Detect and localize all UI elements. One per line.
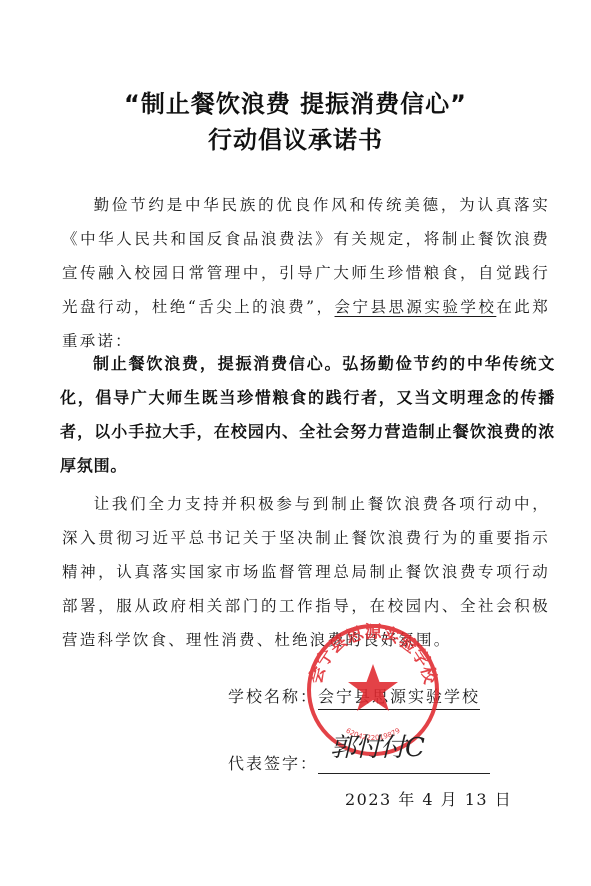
school-name-label: 学校名称： xyxy=(228,687,318,706)
representative-label: 代表签字： xyxy=(228,754,318,773)
document-title-line2: 行动倡议承诺书 xyxy=(0,120,591,155)
paragraph-pledge: 制止餐饮浪费，提振消费信心。弘扬勤俭节约的中华传统文化，倡导广大师生既当珍惜粮食… xyxy=(60,347,555,483)
paragraph-action: 让我们全力支持并积极参与到制止餐饮浪费各项行动中，深入贯彻习近平总书记关于坚决制… xyxy=(62,487,550,657)
school-name-underlined: 会宁县思源实验学校 xyxy=(335,298,497,316)
representative-signature-row: 代表签字： xyxy=(228,751,490,774)
school-name-row: 学校名称：会宁县思源实验学校 xyxy=(228,684,480,710)
document-title-line1: “制止餐饮浪费 提振消费信心” xyxy=(0,84,591,119)
signature-line xyxy=(318,755,490,774)
school-name-value: 会宁县思源实验学校 xyxy=(318,684,480,710)
action-text: 让我们全力支持并积极参与到制止餐饮浪费各项行动中，深入贯彻习近平总书记关于坚决制… xyxy=(62,495,550,649)
pledge-text: 制止餐饮浪费，提振消费信心。弘扬勤俭节约的中华传统文化，倡导广大师生既当珍惜粮食… xyxy=(60,354,555,475)
document-date: 2023 年 4 月 13 日 xyxy=(345,787,512,810)
paragraph-intro: 勤俭节约是中华民族的优良作风和传统美德，为认真落实《中华人民共和国反食品浪费法》… xyxy=(62,188,550,358)
